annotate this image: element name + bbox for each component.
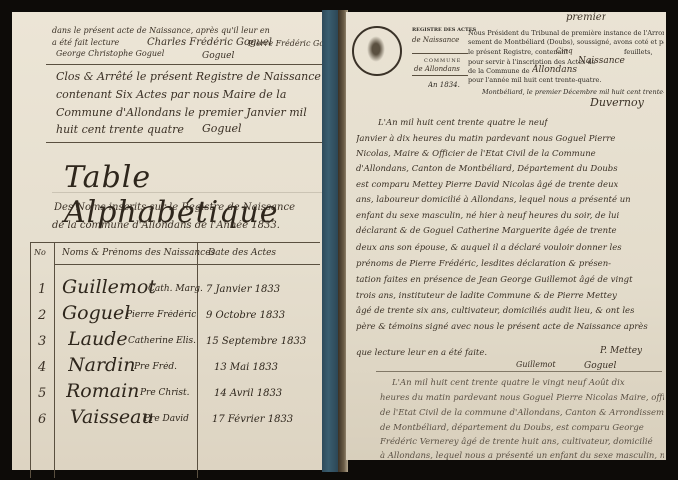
entry-line: de l'Etat Civil de la commune d'Allondan… [380, 408, 664, 418]
top-note-line2: a été fait lecture [52, 38, 119, 47]
entry-line: Nicolas, Maire & Officier de l'Etat Civi… [356, 149, 596, 159]
row-surname: Nardin [68, 354, 136, 376]
entry-line: que lecture leur en a été faite. [356, 348, 487, 358]
row-given-names: Pre David [144, 414, 189, 424]
row-surname: Guillemot [62, 276, 156, 298]
divider [46, 142, 326, 143]
row-number: 6 [38, 412, 46, 427]
entry-line: L'An mil huit cent trente quatre le ving… [392, 378, 625, 388]
row-given-names: Pre Christ. [140, 388, 190, 398]
row-surname: Laude [68, 328, 128, 350]
entry-line: trois ans, instituteur de ladite Commune… [356, 291, 617, 301]
entry-line: d'Allondans, Canton de Montbéliard, Dépa… [356, 164, 618, 174]
cert-line1: Nous Président du Tribunal de première i… [468, 29, 664, 37]
entry-line: ans, laboureur domicilié à Allondans, le… [356, 195, 631, 205]
row-given-names: Catherine Elis. [128, 336, 196, 346]
signature: George Christophe Goguel [56, 49, 164, 58]
cert-line3-end: feuillets, [624, 48, 653, 56]
closing-line1: Clos & Arrêté le présent Registre de Nai… [56, 70, 321, 83]
signature: P. Mettey [600, 346, 642, 356]
signature: Goguel [202, 51, 234, 61]
closing-line4: huit cent trente quatre [56, 123, 184, 136]
top-note-line1: dans le présent acte de Naissance, après… [52, 26, 270, 35]
entry-line: enfant du sexe masculin, né hier à neuf … [356, 211, 619, 221]
commune-label: COMMUNE [424, 58, 461, 64]
cert-place-date: Montbéliard, le premier Décembre mil hui… [482, 88, 664, 96]
closing-signature: Goguel [202, 122, 242, 135]
row-surname: Goguel [62, 302, 130, 324]
header-note: premier [566, 12, 606, 23]
divider [46, 64, 326, 65]
register-title: REGISTRE DES ACTES [412, 27, 476, 33]
row-date: 7 Janvier 1833 [206, 284, 280, 295]
cert-leaves: Cinq [556, 47, 573, 55]
subtitle-line2: de la commune d'Allondans de l'Année 183… [52, 220, 280, 231]
entry-line: est comparu Mettey Pierre David Nicolas … [356, 180, 618, 190]
row-number: 3 [38, 334, 46, 349]
row-number: 4 [38, 360, 46, 375]
row-date: 13 Mai 1833 [214, 362, 278, 373]
register-of: de Naissance [412, 36, 459, 44]
cert-signature: Duvernoy [590, 96, 644, 109]
row-date: 9 Octobre 1833 [206, 310, 285, 321]
subtitle-line1: Des Noms inscrits sur le Registre de Nai… [54, 202, 295, 213]
closing-line2: contenant Six Actes par nous Maire de la [56, 88, 286, 101]
closing-line3: Commune d'Allondans le premier Janvier m… [56, 106, 307, 119]
row-number: 1 [38, 282, 46, 297]
entry-line: Frédéric Vernerey âgé de trente huit ans… [380, 437, 653, 447]
row-number: 5 [38, 386, 46, 401]
table-header-date: Date des Actes [208, 248, 276, 258]
entry-divider [376, 371, 662, 372]
entry-line: âgé de trente six ans, cultivateur, domi… [356, 306, 634, 316]
cert-line6: pour l'année mil huit cent trente-quatre… [468, 76, 601, 84]
cert-line5: de la Commune de [468, 67, 530, 75]
entry-line: de Montbéliard, département du Doubs, es… [380, 423, 644, 433]
divider [412, 53, 468, 54]
entry-line: L'An mil huit cent trente quatre le neuf [378, 118, 548, 128]
entry-line: Janvier à dix heures du matin pardevant … [356, 134, 615, 144]
entry-line: deux ans son épouse, & auquel il a décla… [356, 243, 622, 253]
register-year: An 1834. [428, 81, 460, 89]
cert-commune: Allondans [532, 65, 577, 75]
row-date: 14 Avril 1833 [214, 388, 282, 399]
entry-line: père & témoins signé avec nous le présen… [356, 322, 648, 332]
cert-line2: sement de Montbéliard (Doubs), soussigné… [468, 38, 664, 46]
table-header-no: No [34, 248, 46, 257]
commune-name: de Allondans [414, 65, 460, 73]
table-top-rule [30, 242, 320, 243]
entry-line: déclarant & de Goguel Catherine Margueri… [356, 226, 617, 236]
row-surname: Romain [66, 380, 139, 402]
row-date: 17 Février 1833 [212, 414, 293, 425]
row-given-names: Cath. Marg. [148, 284, 203, 294]
blue-spine-binding [322, 10, 338, 472]
row-given-names: Pierre Frédéric [126, 310, 196, 320]
cert-line3: le présent Registre, contenant [468, 48, 568, 56]
row-given-names: Pre Fréd. [134, 362, 177, 372]
signature: Guillemot [516, 360, 556, 369]
divider [412, 75, 468, 76]
table-header-rule [54, 264, 320, 265]
seal-stamp-icon [352, 26, 402, 76]
table-col-divider [197, 242, 198, 478]
entry-line: à Allondans, lequel nous a présenté un e… [380, 451, 664, 461]
row-date: 15 Septembre 1833 [206, 336, 306, 347]
table-header-name: Noms & Prénoms des Naissances [62, 248, 215, 258]
entry-line: prénoms de Pierre Frédéric, lesdites déc… [356, 259, 611, 269]
signature: Goguel [584, 361, 616, 371]
row-surname: Vaisseau [70, 406, 154, 428]
row-number: 2 [38, 308, 46, 323]
table-col-divider [54, 242, 55, 478]
left-page: dans le présent acte de Naissance, après… [12, 12, 326, 470]
guide-line [52, 192, 322, 193]
cert-acts: Naissance [578, 56, 625, 66]
entry-line: heures du matin pardevant nous Goguel Pi… [380, 393, 664, 403]
entry-line: tation faites en présence de Jean George… [356, 275, 633, 285]
table-left-border [30, 242, 31, 478]
